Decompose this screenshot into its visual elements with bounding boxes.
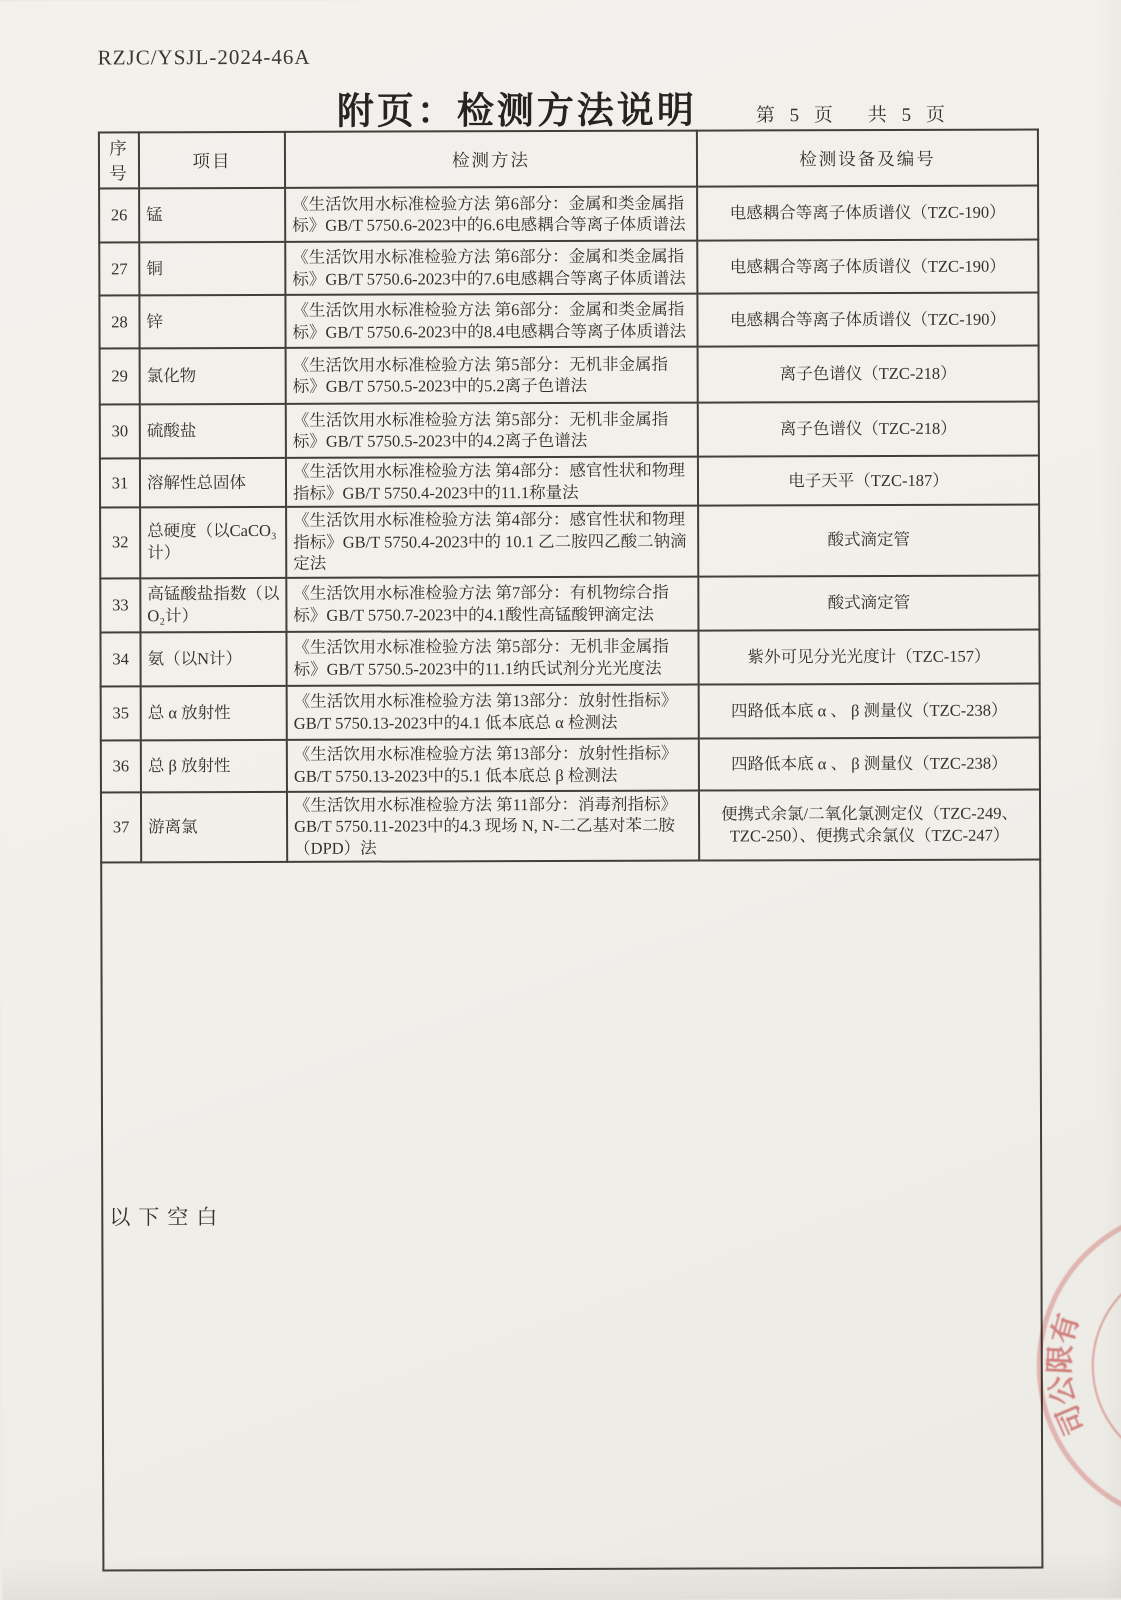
seal-char: 公 bbox=[1043, 1370, 1082, 1409]
header-no: 序号 bbox=[99, 132, 139, 188]
cell-method: 《生活饮用水标准检验方法 第5部分：无机非金属指标》GB/T 5750.5-20… bbox=[286, 347, 698, 404]
document-id: RZJC/YSJL-2024-46A bbox=[98, 45, 311, 71]
table-row: 27铜《生活饮用水标准检验方法 第6部分：金属和类金属指标》GB/T 5750.… bbox=[99, 239, 1038, 295]
seal-inner-ring-icon bbox=[1091, 1261, 1121, 1472]
seal-char: 有 bbox=[1045, 1308, 1087, 1350]
cell-method: 《生活饮用水标准检验方法 第13部分：放射性指标》GB/T 5750.13-20… bbox=[287, 684, 699, 739]
table-row: 35总 α 放射性《生活饮用水标准检验方法 第13部分：放射性指标》GB/T 5… bbox=[101, 683, 1040, 740]
cell-item: 游离氯 bbox=[141, 791, 287, 862]
cell-equipment: 四路低本底 α 、 β 测量仪（TZC-238） bbox=[699, 737, 1040, 790]
cell-no: 29 bbox=[100, 348, 140, 404]
cell-method: 《生活饮用水标准检验方法 第5部分：无机非金属指标》GB/T 5750.5-20… bbox=[286, 403, 698, 458]
cell-equipment: 四路低本底 α 、 β 测量仪（TZC-238） bbox=[699, 683, 1040, 738]
table-row: 33高锰酸盐指数（以O₂计）《生活饮用水标准检验方法 第7部分：有机物综合指标》… bbox=[100, 575, 1039, 632]
cell-method: 《生活饮用水标准检验方法 第6部分：金属和类金属指标》GB/T 5750.6-2… bbox=[285, 241, 697, 295]
cell-no: 28 bbox=[99, 295, 139, 348]
methods-table-body: 26锰《生活饮用水标准检验方法 第6部分：金属和类金属指标》GB/T 5750.… bbox=[99, 185, 1040, 862]
table-row: 31溶解性总固体《生活饮用水标准检验方法 第4部分：感官性状和物理指标》GB/T… bbox=[100, 455, 1039, 507]
cell-equipment: 离子色谱仪（TZC-218） bbox=[698, 345, 1039, 402]
cell-method: 《生活饮用水标准检验方法 第7部分：有机物综合指标》GB/T 5750.7-20… bbox=[286, 576, 698, 631]
company-seal-stamp: 有限公司 bbox=[1036, 1206, 1121, 1527]
cell-item: 氨（以N计） bbox=[140, 631, 286, 685]
header-equipment: 检测设备及编号 bbox=[697, 129, 1038, 186]
table-row: 29氯化物《生活饮用水标准检验方法 第5部分：无机非金属指标》GB/T 5750… bbox=[100, 345, 1039, 404]
page-indicator: 第 5 页 共 5 页 bbox=[756, 100, 950, 128]
cell-no: 30 bbox=[100, 404, 140, 458]
seal-char: 司 bbox=[1049, 1397, 1094, 1442]
cell-method: 《生活饮用水标准检验方法 第4部分：感官性状和物理指标》GB/T 5750.4-… bbox=[286, 506, 698, 578]
cell-no: 33 bbox=[100, 578, 140, 632]
cell-no: 26 bbox=[99, 188, 139, 242]
cell-equipment: 离子色谱仪（TZC-218） bbox=[698, 401, 1039, 456]
cell-item: 总 β 放射性 bbox=[141, 739, 287, 791]
cell-item: 总 α 放射性 bbox=[141, 685, 287, 739]
cell-equipment: 紫外可见分光光度计（TZC-157） bbox=[698, 629, 1039, 684]
header-row: 序号 项目 检测方法 检测设备及编号 bbox=[99, 129, 1038, 188]
blank-row: 以下空白 bbox=[101, 859, 1042, 1570]
cell-equipment: 便携式余氯/二氧化氯测定仪（TZC-249、TZC-250）、便携式余氯仪（TZ… bbox=[699, 789, 1040, 861]
cell-item: 高锰酸盐指数（以O₂计） bbox=[140, 577, 286, 631]
cell-equipment: 电感耦合等离子体质谱仪（TZC-190） bbox=[697, 185, 1038, 240]
table-row: 37游离氯《生活饮用水标准检验方法 第11部分：消毒剂指标》GB/T 5750.… bbox=[101, 789, 1040, 862]
cell-no: 32 bbox=[100, 507, 140, 578]
page-title: 附页：检测方法说明 bbox=[337, 80, 697, 135]
scanned-report-page: { "page": { "doc_id": "RZJC/YSJL-2024-46… bbox=[0, 0, 1121, 1600]
cell-item: 硫酸盐 bbox=[140, 404, 286, 458]
cell-equipment: 酸式滴定管 bbox=[698, 575, 1039, 630]
cell-item: 总硬度（以CaCO₃计） bbox=[140, 507, 286, 578]
cell-no: 27 bbox=[99, 242, 139, 295]
cell-equipment: 电子天平（TZC-187） bbox=[698, 455, 1039, 505]
cell-no: 34 bbox=[100, 632, 140, 686]
page-total: 共 5 页 bbox=[868, 100, 950, 127]
seal-outer-ring-icon bbox=[1036, 1206, 1121, 1527]
cell-item: 溶解性总固体 bbox=[140, 458, 286, 507]
footer-note: 以下空白 bbox=[109, 1205, 225, 1229]
cell-item: 氯化物 bbox=[140, 348, 286, 404]
cell-equipment: 电感耦合等离子体质谱仪（TZC-190） bbox=[697, 239, 1038, 293]
cell-method: 《生活饮用水标准检验方法 第11部分：消毒剂指标》GB/T 5750.11-20… bbox=[287, 790, 699, 862]
cell-method: 《生活饮用水标准检验方法 第6部分：金属和类金属指标》GB/T 5750.6-2… bbox=[285, 294, 697, 348]
cell-method: 《生活饮用水标准检验方法 第13部分：放射性指标》GB/T 5750.13-20… bbox=[287, 738, 699, 791]
header-item: 项目 bbox=[139, 132, 285, 188]
header-method: 检测方法 bbox=[285, 131, 697, 188]
paper-sheet: RZJC/YSJL-2024-46A 附页：检测方法说明 第 5 页 共 5 页… bbox=[0, 0, 1121, 1600]
cell-method: 《生活饮用水标准检验方法 第6部分：金属和类金属指标》GB/T 5750.6-2… bbox=[285, 187, 697, 242]
table-row: 28锌《生活饮用水标准检验方法 第6部分：金属和类金属指标》GB/T 5750.… bbox=[99, 292, 1038, 348]
table-row: 34氨（以N计）《生活饮用水标准检验方法 第5部分：无机非金属指标》GB/T 5… bbox=[100, 629, 1039, 686]
cell-item: 锌 bbox=[139, 295, 285, 348]
cell-no: 36 bbox=[101, 740, 141, 792]
cell-no: 37 bbox=[101, 792, 141, 863]
table-row: 30硫酸盐《生活饮用水标准检验方法 第5部分：无机非金属指标》GB/T 5750… bbox=[100, 401, 1039, 458]
cell-method: 《生活饮用水标准检验方法 第4部分：感官性状和物理指标》GB/T 5750.4-… bbox=[286, 457, 698, 507]
table-row: 36总 β 放射性《生活饮用水标准检验方法 第13部分：放射性指标》GB/T 5… bbox=[101, 737, 1040, 792]
cell-equipment: 酸式滴定管 bbox=[698, 504, 1039, 576]
cell-item: 铜 bbox=[139, 242, 285, 295]
table-footer: 以下空白 bbox=[101, 859, 1042, 1570]
blank-cell: 以下空白 bbox=[101, 859, 1042, 1570]
cell-equipment: 电感耦合等离子体质谱仪（TZC-190） bbox=[697, 292, 1038, 346]
cell-method: 《生活饮用水标准检验方法 第5部分：无机非金属指标》GB/T 5750.5-20… bbox=[286, 630, 698, 685]
cell-item: 锰 bbox=[139, 188, 285, 242]
methods-table: 序号 项目 检测方法 检测设备及编号 26锰《生活饮用水标准检验方法 第6部分：… bbox=[98, 128, 1044, 1571]
page-current: 第 5 页 bbox=[756, 100, 838, 127]
table-header: 序号 项目 检测方法 检测设备及编号 bbox=[99, 129, 1038, 188]
seal-char: 限 bbox=[1043, 1341, 1079, 1377]
cell-no: 31 bbox=[100, 458, 140, 507]
table-row: 26锰《生活饮用水标准检验方法 第6部分：金属和类金属指标》GB/T 5750.… bbox=[99, 185, 1038, 242]
table-row: 32总硬度（以CaCO₃计）《生活饮用水标准检验方法 第4部分：感官性状和物理指… bbox=[100, 504, 1039, 577]
cell-no: 35 bbox=[101, 686, 141, 740]
